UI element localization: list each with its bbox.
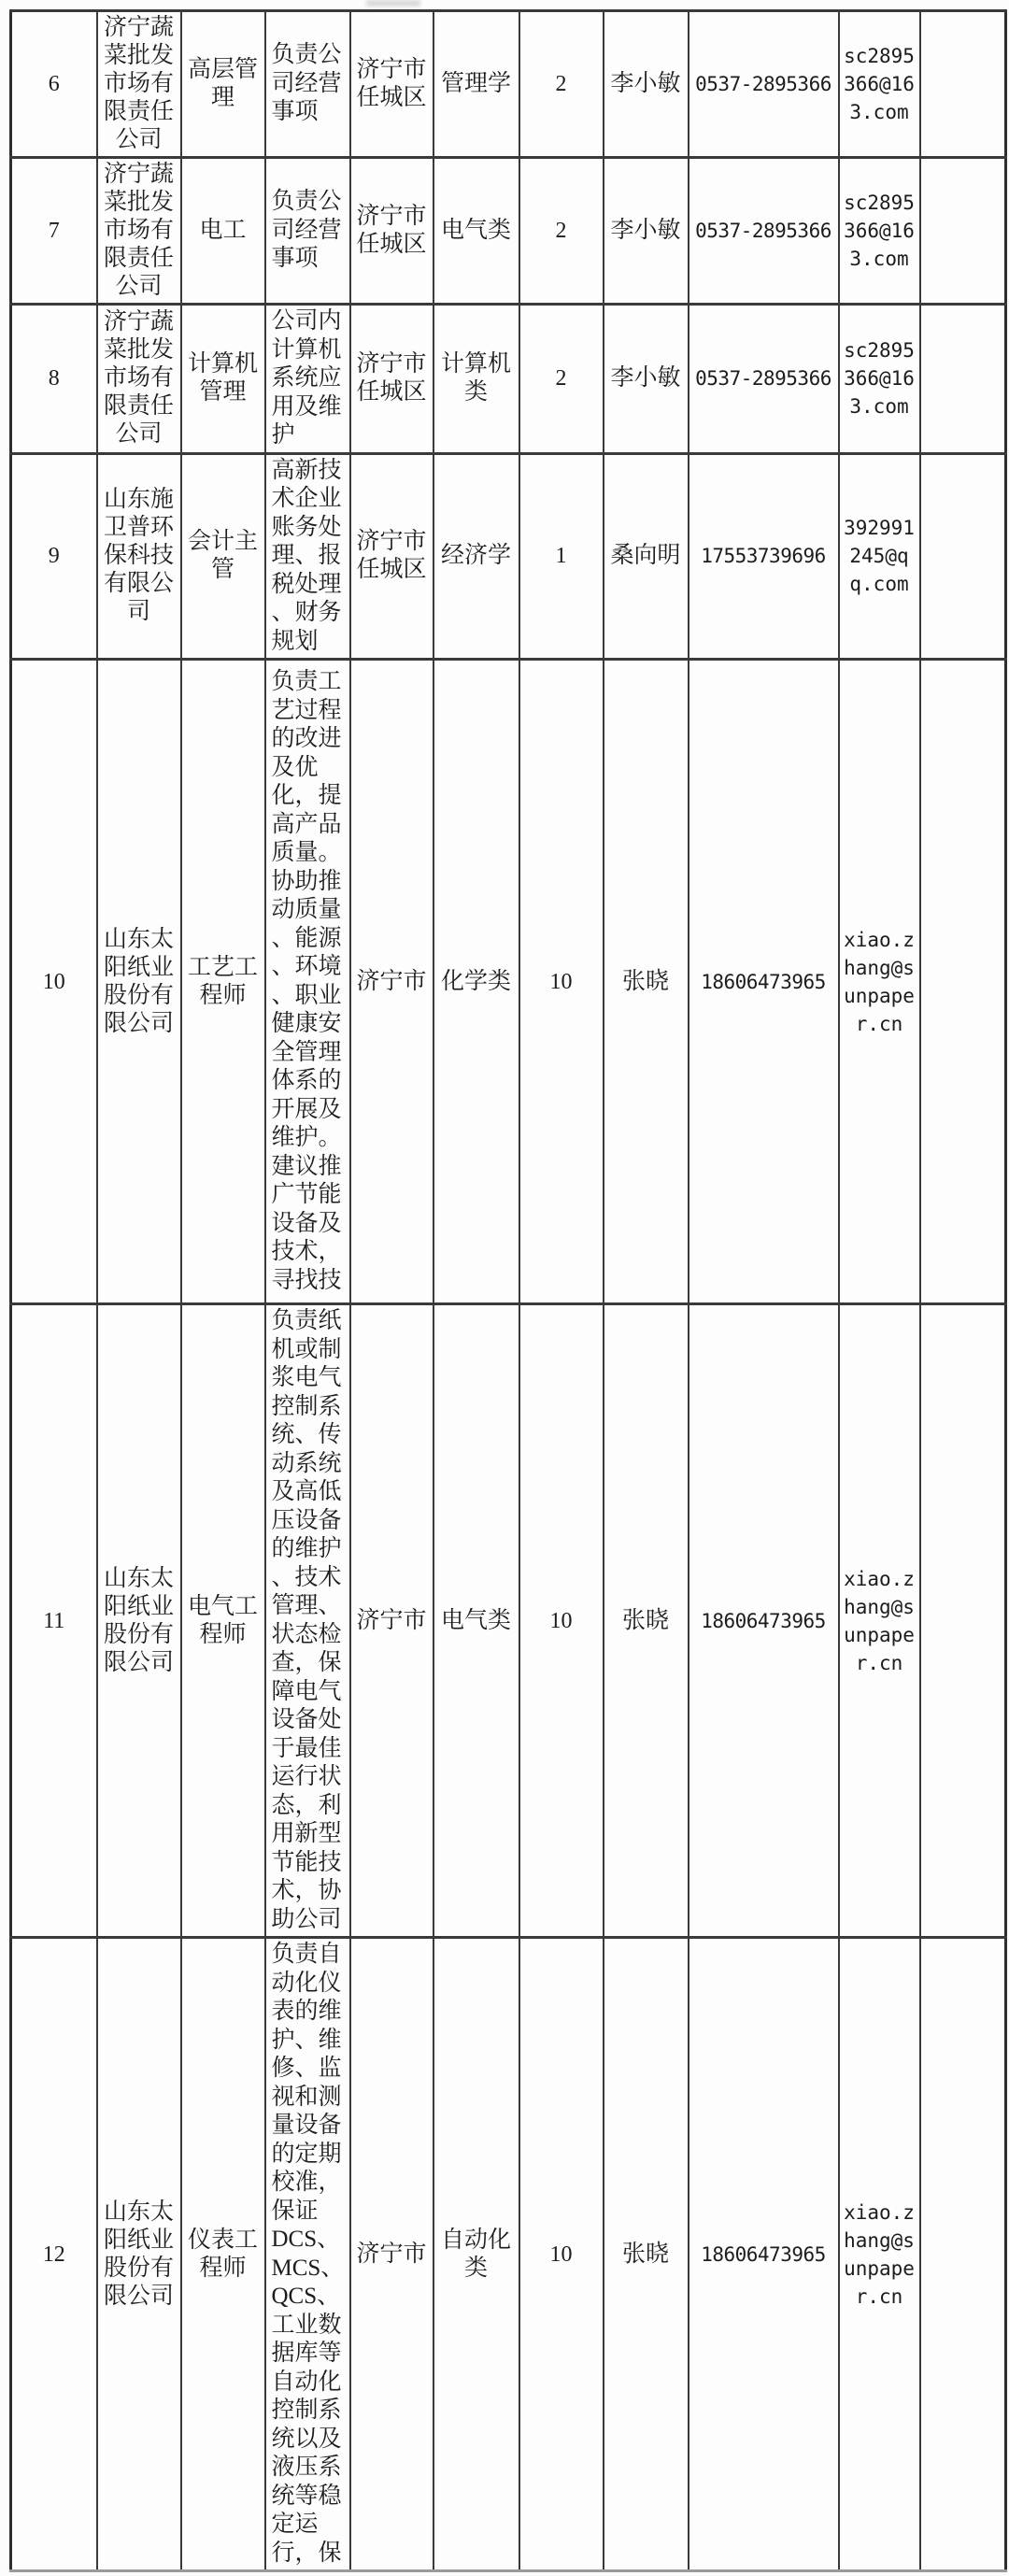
cell-major: 管理学: [433, 11, 519, 158]
cell-position: 电工: [181, 158, 265, 305]
cell-serial: 6: [11, 11, 97, 158]
cell-position: 高层管理: [181, 11, 265, 158]
cell-serial: 9: [11, 453, 97, 660]
job-table: 6 济宁蔬菜批发市场有限责任公司 高层管理 负责公司经营事项 济宁市任城区 管理…: [9, 9, 1007, 2572]
cell-note: [920, 1304, 1006, 1938]
cell-count: 10: [519, 1304, 604, 1938]
cell-note: [920, 1938, 1006, 2571]
cell-count: 2: [519, 11, 604, 158]
cell-duty: 负责工艺过程的改进及优化，提高产品质量。协助推动质量​、能源​、环境​、职业健康…: [265, 660, 350, 1304]
cell-phone: 17553739696: [689, 453, 839, 660]
cell-note: [920, 305, 1006, 454]
cell-contact: 李小敏: [604, 158, 689, 305]
cell-duty: 负责纸机或制浆电气控制系统、传动系统及高低压设备的维护​、技术管理、状态检查，保…: [265, 1304, 350, 1938]
cell-duty: 负责公司经营事项: [265, 158, 350, 305]
table-row: 7 济宁蔬菜批发市场有限责任公司 电工 负责公司经营事项 济宁市任城区 电气类 …: [11, 158, 1006, 305]
cell-location: 济宁市任城区: [350, 11, 433, 158]
cell-major: 化学类: [433, 660, 519, 1304]
cell-position: 仪表工程师: [181, 1938, 265, 2571]
cell-position: 工艺工程师: [181, 660, 265, 1304]
cell-major: 电气类: [433, 158, 519, 305]
cell-company: 山东太阳纸业股份有限公司: [97, 1938, 181, 2571]
table-row: 12 山东太阳纸业股份有限公司 仪表工程师 负责自动化仪表的维护、维修、监视和测…: [11, 1938, 1006, 2571]
cell-note: [920, 158, 1006, 305]
cell-company: 济宁蔬菜批发市场有限责任公司: [97, 158, 181, 305]
table-row: 9 山东施卫普环保科技有限公司 会计主管 高新技术企业账务处理、报税处理​、财务…: [11, 453, 1006, 660]
cell-contact: 张晓: [604, 1304, 689, 1938]
cell-phone: 18606473965: [689, 1938, 839, 2571]
cell-major: 计算机类: [433, 305, 519, 454]
cell-count: 1: [519, 453, 604, 660]
cell-company: 山东太阳纸业股份有限公司: [97, 1304, 181, 1938]
cell-duty: 高新技术企业账务处理、报税处理​、财务规划: [265, 453, 350, 660]
cell-serial: 7: [11, 158, 97, 305]
cell-count: 10: [519, 660, 604, 1304]
cell-company: 济宁蔬菜批发市场有限责任公司: [97, 305, 181, 454]
cell-contact: 张晓: [604, 660, 689, 1304]
table-row: 8 济宁蔬菜批发市场有限责任公司 计算机管理 公司内计算机系统应用及维护 济宁市…: [11, 305, 1006, 454]
cell-location: 济宁市: [350, 1938, 433, 2571]
cell-contact: 李小敏: [604, 11, 689, 158]
cell-contact: 张晓: [604, 1938, 689, 2571]
cell-note: [920, 453, 1006, 660]
cell-company: 山东施卫普环保科技有限公司: [97, 453, 181, 660]
cell-major: 电气类: [433, 1304, 519, 1938]
cell-email: sc2895366@163.com: [839, 158, 920, 305]
table-row: 10 山东太阳纸业股份有限公司 工艺工程师 负责工艺过程的改进及优化，提高产品质…: [11, 660, 1006, 1304]
cell-count: 10: [519, 1938, 604, 2571]
cell-email: xiao.zhang@sunpaper.cn: [839, 1304, 920, 1938]
cell-phone: 0537-2895366: [689, 305, 839, 454]
cell-location: 济宁市任城区: [350, 158, 433, 305]
cell-duty: 负责公司经营事项: [265, 11, 350, 158]
cell-email: xiao.zhang@sunpaper.cn: [839, 1938, 920, 2571]
cell-major: 经济学: [433, 453, 519, 660]
cell-phone: 0537-2895366: [689, 11, 839, 158]
cell-note: [920, 660, 1006, 1304]
cell-phone: 18606473965: [689, 660, 839, 1304]
cell-company: 山东太阳纸业股份有限公司: [97, 660, 181, 1304]
cell-serial: 11: [11, 1304, 97, 1938]
cell-location: 济宁市: [350, 1304, 433, 1938]
cell-phone: 0537-2895366: [689, 158, 839, 305]
cell-duty: 公司内计算机系统应用及维护: [265, 305, 350, 454]
cell-major: 自动化类: [433, 1938, 519, 2571]
cell-serial: 12: [11, 1938, 97, 2571]
cell-location: 济宁市任城区: [350, 453, 433, 660]
cell-count: 2: [519, 305, 604, 454]
cell-company: 济宁蔬菜批发市场有限责任公司: [97, 11, 181, 158]
cell-location: 济宁市任城区: [350, 305, 433, 454]
table-row: 11 山东太阳纸业股份有限公司 电气工程师 负责纸机或制浆电气控制系统、传动系统…: [11, 1304, 1006, 1938]
cell-email: 392991245@qq.com: [839, 453, 920, 660]
table-row: 6 济宁蔬菜批发市场有限责任公司 高层管理 负责公司经营事项 济宁市任城区 管理…: [11, 11, 1006, 158]
cell-email: sc2895366@163.com: [839, 305, 920, 454]
cell-duty: 负责自动化仪表的维护、维修、监视和测量设备的定期校准，保证DCS、MCS、QCS…: [265, 1938, 350, 2571]
cell-contact: 李小敏: [604, 305, 689, 454]
cell-position: 计算机管理: [181, 305, 265, 454]
cell-email: xiao.zhang@sunpaper.cn: [839, 660, 920, 1304]
cell-count: 2: [519, 158, 604, 305]
scan-artifact: [366, 0, 420, 7]
cell-note: [920, 11, 1006, 158]
cell-serial: 8: [11, 305, 97, 454]
cell-contact: 桑向明: [604, 453, 689, 660]
cell-phone: 18606473965: [689, 1304, 839, 1938]
cell-position: 电气工程师: [181, 1304, 265, 1938]
cell-position: 会计主管: [181, 453, 265, 660]
cell-serial: 10: [11, 660, 97, 1304]
cell-location: 济宁市: [350, 660, 433, 1304]
cell-email: sc2895366@163.com: [839, 11, 920, 158]
